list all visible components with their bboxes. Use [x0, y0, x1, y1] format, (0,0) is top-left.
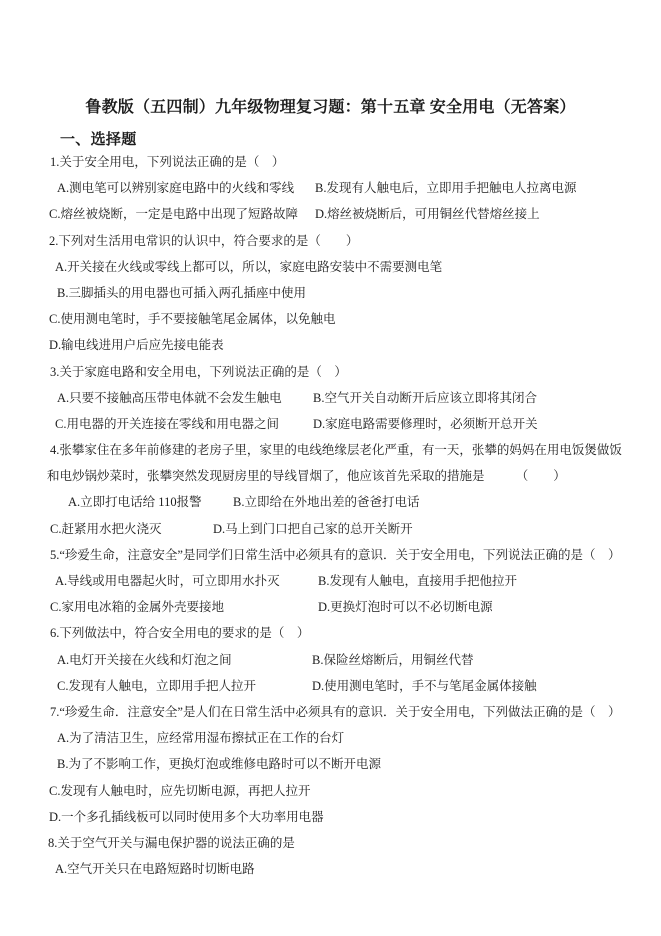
q4-stem-line2: 和电炒锅炒菜时，张攀突然发现厨房里的导线冒烟了，他应该首先采取的措施是 （ ） [0, 463, 661, 489]
q5-option-b: B.发现有人触电，直接用手把他拉开 [318, 568, 517, 594]
q6-stem: 6.下列做法中，符合安全用电的要求的是（ ） [0, 620, 661, 646]
q3-options-ab: A.只要不接触高压带电体就不会发生触电B.空气开关自动断开后应该立即将其闭合 [0, 385, 661, 411]
q4-option-c: C.赶紧用水把火浇灭 [50, 522, 161, 536]
q4-option-b: B.立即给在外地出差的爸爸打电话 [233, 489, 419, 515]
q7-option-c: C.发现有人触电时，应先切断电源，再把人拉开 [0, 778, 661, 804]
section-heading: 一、选择题 [60, 128, 137, 149]
q6-option-b: B.保险丝熔断后，用铜丝代替 [312, 647, 473, 673]
q7-stem: 7.“珍爱生命．注意安全”是人们在日常生活中必须具有的意识．关于安全用电，下列做… [0, 699, 661, 725]
q6-option-d: D.使用测电笔时，手不与笔尾金属体接触 [312, 673, 537, 699]
q2-stem: 2.下列对生活用电常识的认识中，符合要求的是（ ） [0, 228, 661, 254]
q2-option-d: D.输电线进用户后应先接电能表 [0, 332, 661, 358]
q4-options-cd: C.赶紧用水把火浇灭D.马上到门口把自己家的总开关断开 [0, 516, 661, 542]
exam-document-page: 鲁教版（五四制）九年级物理复习题：第十五章 安全用电（无答案） 一、选择题 1.… [0, 0, 661, 936]
q6-options-ab: A.电灯开关接在火线和灯泡之间B.保险丝熔断后，用铜丝代替 [0, 647, 661, 673]
q1-option-a: A.测电笔可以辨别家庭电路中的火线和零线 [57, 181, 294, 195]
q2-option-b: B.三脚插头的用电器也可插入两孔插座中使用 [0, 280, 661, 306]
q1-option-b: B.发现有人触电后，立即用手把触电人拉离电源 [315, 175, 576, 201]
q3-option-b: B.空气开关自动断开后应该立即将其闭合 [313, 385, 537, 411]
page-title: 鲁教版（五四制）九年级物理复习题：第十五章 安全用电（无答案） [0, 94, 661, 117]
q3-stem: 3.关于家庭电路和安全用电，下列说法正确的是（ ） [0, 359, 661, 385]
q7-option-b: B.为了不影响工作，更换灯泡或维修电路时可以不断开电源 [0, 751, 661, 777]
q5-options-ab: A.导线或用电器起火时，可立即用水扑灭B.发现有人触电，直接用手把他拉开 [0, 568, 661, 594]
q7-option-a: A.为了清洁卫生，应经常用湿布擦拭正在工作的台灯 [0, 725, 661, 751]
q8-stem: 8.关于空气开关与漏电保护器的说法正确的是 [0, 830, 661, 856]
q1-options-cd: C.熔丝被烧断，一定是电路中出现了短路故障D.熔丝被烧断后，可用铜丝代替熔丝接上 [0, 201, 661, 227]
q3-option-d: D.家庭电路需要修理时，必须断开总开关 [313, 411, 538, 437]
q5-option-a: A.导线或用电器起火时，可立即用水扑灭 [55, 574, 280, 588]
q3-option-c: C.用电器的开关连接在零线和用电器之间 [55, 417, 279, 431]
q5-options-cd: C.家用电冰箱的金属外壳要接地D.更换灯泡时可以不必切断电源 [0, 594, 661, 620]
q2-option-c: C.使用测电笔时，手不要接触笔尾金属体，以免触电 [0, 306, 661, 332]
q1-option-c: C.熔丝被烧断，一定是电路中出现了短路故障 [49, 207, 298, 221]
q3-options-cd: C.用电器的开关连接在零线和用电器之间D.家庭电路需要修理时，必须断开总开关 [0, 411, 661, 437]
q6-options-cd: C.发现有人触电，立即用手把人拉开D.使用测电笔时，手不与笔尾金属体接触 [0, 673, 661, 699]
q6-option-a: A.电灯开关接在火线和灯泡之间 [57, 653, 232, 667]
q8-option-a: A.空气开关只在电路短路时切断电路 [0, 856, 661, 882]
q5-stem: 5.“珍爱生命，注意安全”是同学们日常生活中必须具有的意识．关于安全用电，下列说… [0, 542, 661, 568]
q5-option-c: C.家用电冰箱的金属外壳要接地 [50, 600, 224, 614]
q3-option-a: A.只要不接触高压带电体就不会发生触电 [57, 391, 282, 405]
question-list: 1.关于安全用电，下列说法正确的是（ ） A.测电笔可以辨别家庭电路中的火线和零… [0, 149, 661, 882]
q4-option-d: D.马上到门口把自己家的总开关断开 [213, 516, 413, 542]
q1-stem: 1.关于安全用电，下列说法正确的是（ ） [0, 149, 661, 175]
q5-option-d: D.更换灯泡时可以不必切断电源 [318, 594, 493, 620]
q4-option-a: A.立即打电话给 110报警 [68, 495, 202, 509]
q4-stem-line1: 4.张攀家住在多年前修建的老房子里，家里的电线绝缘层老化严重，有一天，张攀的妈妈… [0, 437, 661, 463]
q4-options-ab: A.立即打电话给 110报警B.立即给在外地出差的爸爸打电话 [0, 489, 661, 515]
q2-option-a: A.开关接在火线或零线上都可以，所以，家庭电路安装中不需要测电笔 [0, 254, 661, 280]
q7-option-d: D.一个多孔插线板可以同时使用多个大功率用电器 [0, 804, 661, 830]
q1-option-d: D.熔丝被烧断后，可用铜丝代替熔丝接上 [315, 201, 540, 227]
q1-options-ab: A.测电笔可以辨别家庭电路中的火线和零线B.发现有人触电后，立即用手把触电人拉离… [0, 175, 661, 201]
q6-option-c: C.发现有人触电，立即用手把人拉开 [57, 679, 256, 693]
